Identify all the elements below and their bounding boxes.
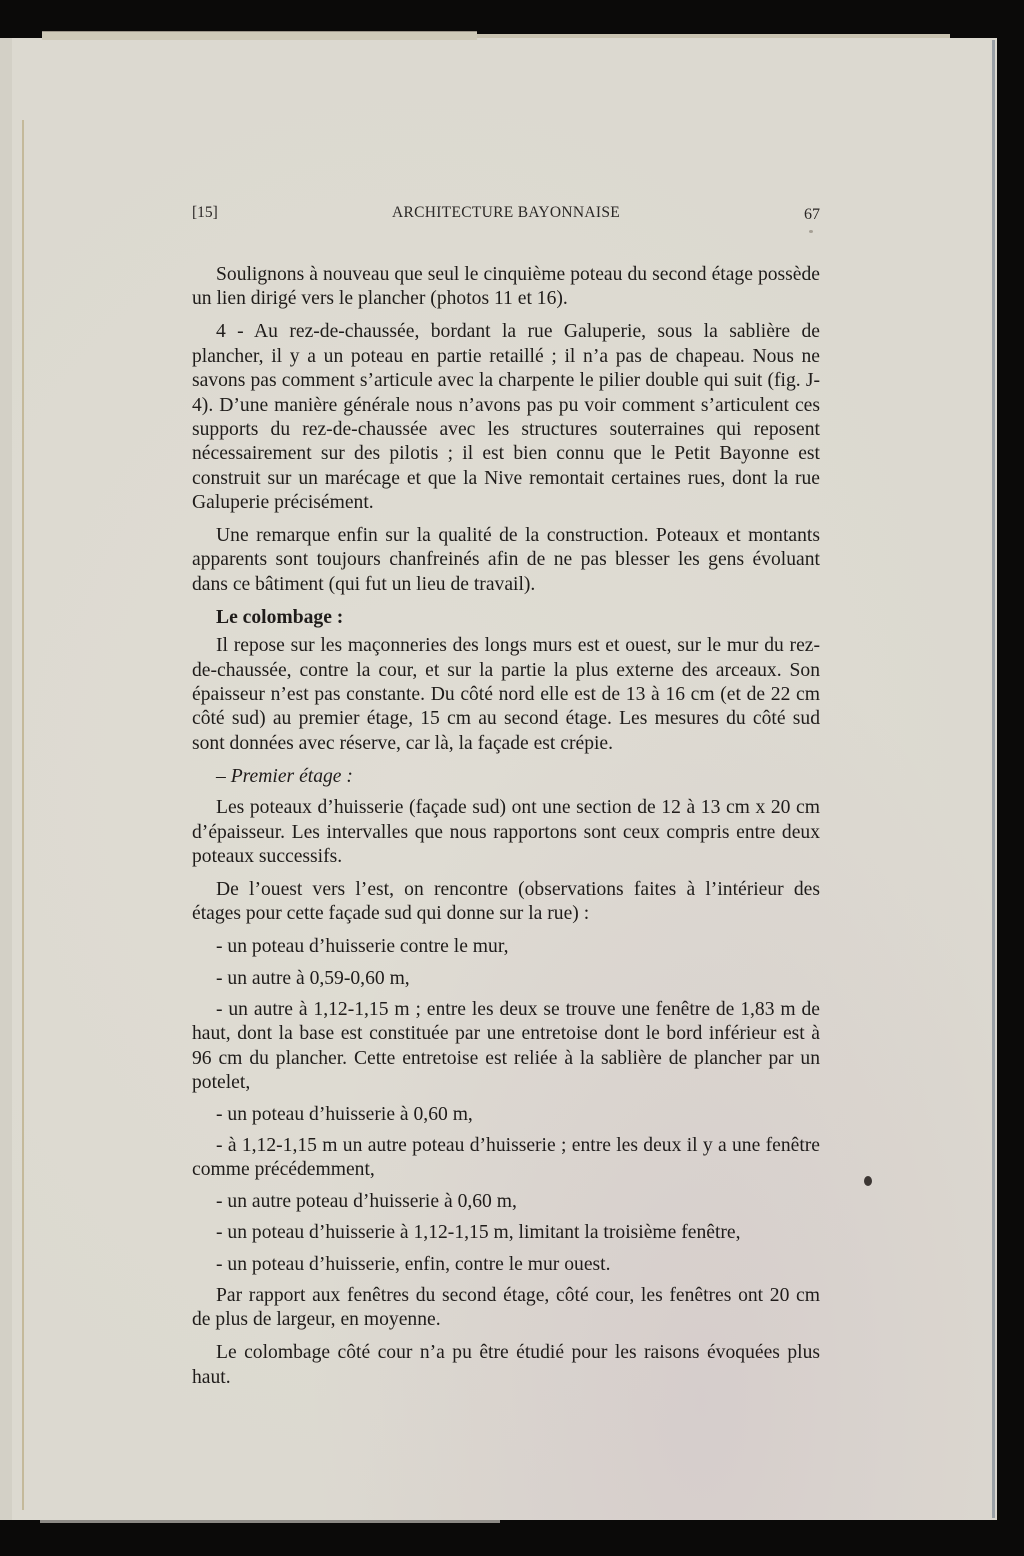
paragraph: Une remarque enfin sur la qualité de la … — [192, 524, 820, 597]
page-top-strip — [42, 31, 477, 40]
list-item: - un autre à 1,12-1,15 m ; entre les deu… — [192, 998, 820, 1096]
paragraph: Les poteaux d’huisserie (façade sud) ont… — [192, 796, 820, 869]
list-item: - un poteau d’huisserie à 1,12-1,15 m, l… — [192, 1221, 820, 1245]
page-right-edge — [992, 40, 995, 1518]
paragraph: Soulignons à nouveau que seul le cinquiè… — [192, 263, 820, 312]
body-text: Soulignons à nouveau que seul le cinquiè… — [192, 263, 820, 1399]
page-bottom-edge — [40, 1520, 500, 1523]
paragraph: Par rapport aux fenêtres du second étage… — [192, 1284, 820, 1333]
ink-speck — [864, 1176, 872, 1186]
list-item: - un autre à 0,59-0,60 m, — [192, 967, 820, 991]
paragraph: Il repose sur les maçonneries des longs … — [192, 634, 820, 756]
list-item: - un poteau d’huisserie, enfin, contre l… — [192, 1253, 820, 1277]
list-item: - un poteau d’huisserie contre le mur, — [192, 935, 820, 959]
paper-speck — [809, 230, 813, 233]
list-item: - à 1,12-1,15 m un autre poteau d’huisse… — [192, 1134, 820, 1183]
list-item: - un poteau d’huisserie à 0,60 m, — [192, 1103, 820, 1127]
running-title: ARCHITECTURE BAYONNAISE — [192, 204, 820, 222]
spine-fold-line — [22, 120, 24, 1510]
section-heading: Le colombage : — [192, 606, 820, 630]
list-item: - un autre poteau d’huisserie à 0,60 m, — [192, 1190, 820, 1214]
paragraph: De l’ouest vers l’est, on rencontre (obs… — [192, 878, 820, 927]
page-number: 67 — [804, 206, 820, 224]
subheading: – Premier étage : — [192, 765, 820, 789]
paragraph: Le colombage côté cour n’a pu être étudi… — [192, 1341, 820, 1390]
running-head: [15] ARCHITECTURE BAYONNAISE 67 — [192, 204, 820, 228]
paragraph: 4 - Au rez-de-chaussée, bordant la rue G… — [192, 320, 820, 515]
